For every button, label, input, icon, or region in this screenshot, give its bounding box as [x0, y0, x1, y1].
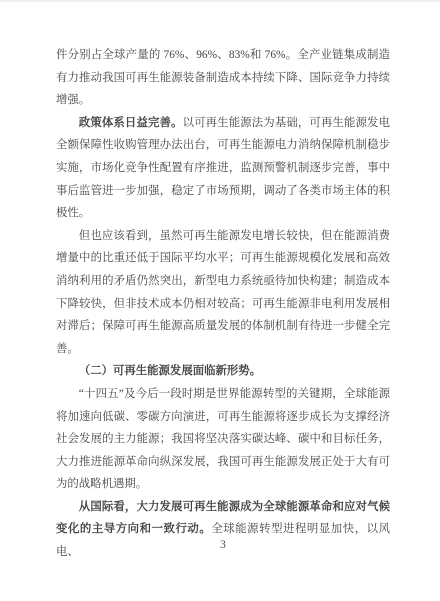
- body-text-segment: 以可再生能源法为基础，可再生能源发电全额保障性收购管理办法出台，可再生能源电力消…: [56, 117, 390, 219]
- emphasis-text-segment: （二）可再生能源发展面临新形势。: [79, 365, 261, 377]
- body-text-segment: 但也应该看到，虽然可再生能源发电增长较快，但在能源消费增量中的比重还低于国际平均…: [56, 230, 390, 355]
- page-number: 3: [56, 538, 390, 552]
- paragraph: 但也应该看到，虽然可再生能源发电增长较快，但在能源消费增量中的比重还低于国际平均…: [56, 225, 390, 361]
- paragraph: 从国际看，大力发展可再生能源成为全球能源革命和应对气候变化的主导方向和一致行动。…: [56, 496, 390, 564]
- emphasis-text-segment: 政策体系日益完善。: [79, 117, 183, 129]
- paragraph: 政策体系日益完善。以可再生能源法为基础，可再生能源发电全额保障性收购管理办法出台…: [56, 112, 390, 225]
- paragraph: 件分别占全球产量的 76%、96%、83%和 76%。全产业链集成制造有力推动我…: [56, 44, 390, 112]
- page-top-edge: [0, 0, 440, 3]
- body-text: 件分别占全球产量的 76%、96%、83%和 76%。全产业链集成制造有力推动我…: [56, 44, 390, 564]
- section-heading: （二）可再生能源发展面临新形势。: [56, 360, 390, 383]
- paragraph: “十四五”及今后一段时期是世界能源转型的关键期，全球能源将加速向低碳、零碳方向演…: [56, 383, 390, 496]
- body-text-segment: “十四五”及今后一段时期是世界能源转型的关键期，全球能源将加速向低碳、零碳方向演…: [56, 388, 390, 490]
- document-page: 件分别占全球产量的 76%、96%、83%和 76%。全产业链集成制造有力推动我…: [0, 0, 440, 601]
- body-text-segment: 件分别占全球产量的 76%、96%、83%和 76%。全产业链集成制造有力推动我…: [56, 49, 390, 106]
